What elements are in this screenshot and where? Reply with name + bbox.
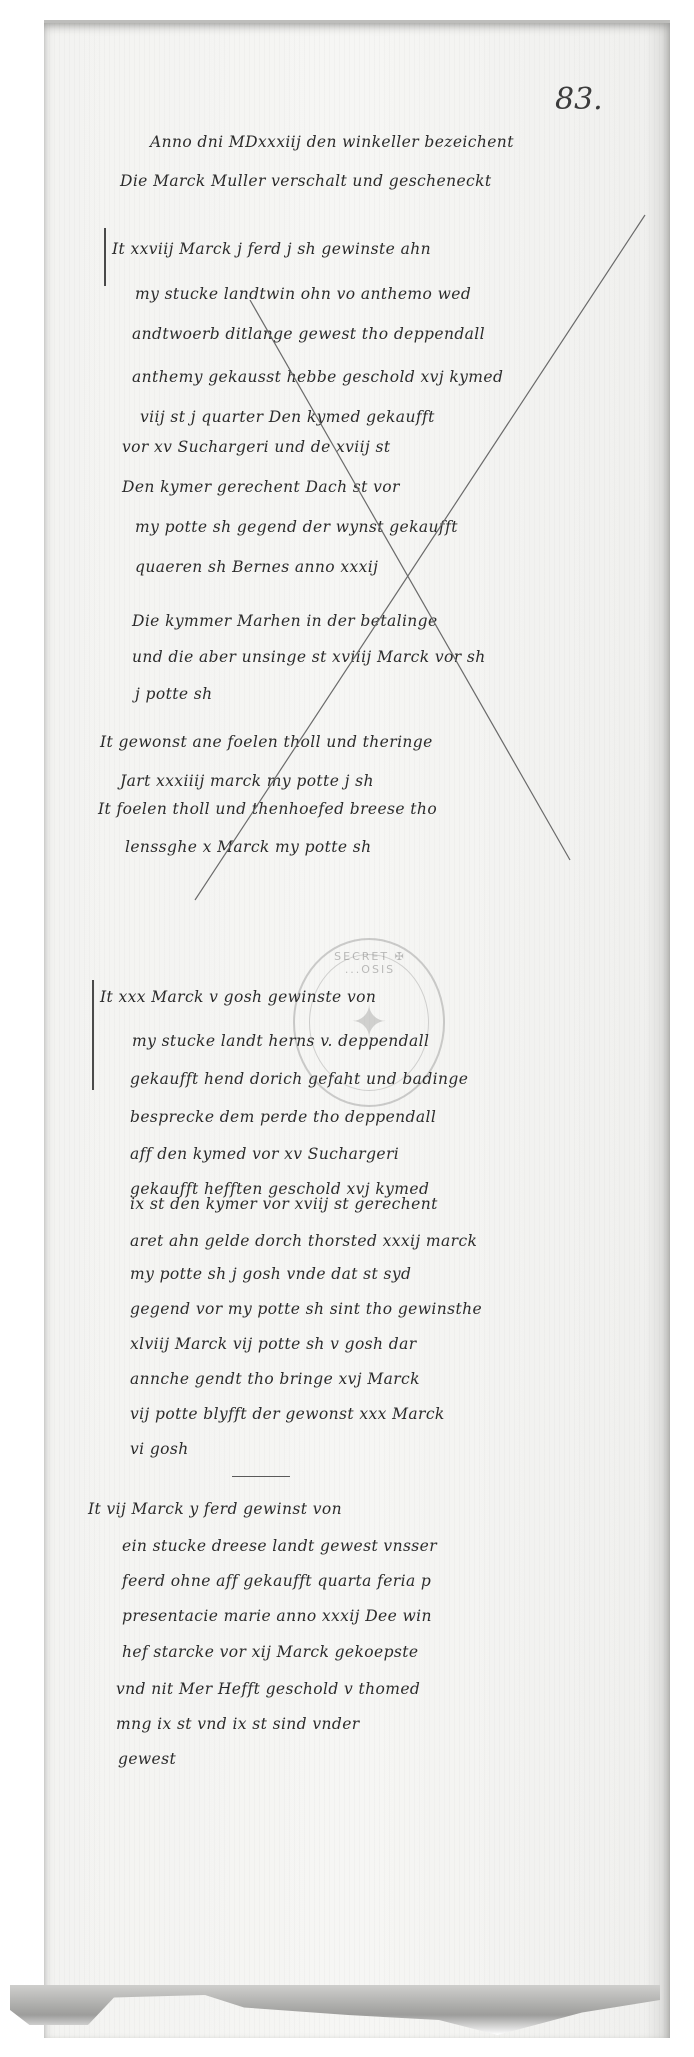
cancel-stroke [250, 300, 570, 860]
cancel-stroke [195, 215, 645, 900]
cancellation-strokes [0, 0, 694, 2057]
